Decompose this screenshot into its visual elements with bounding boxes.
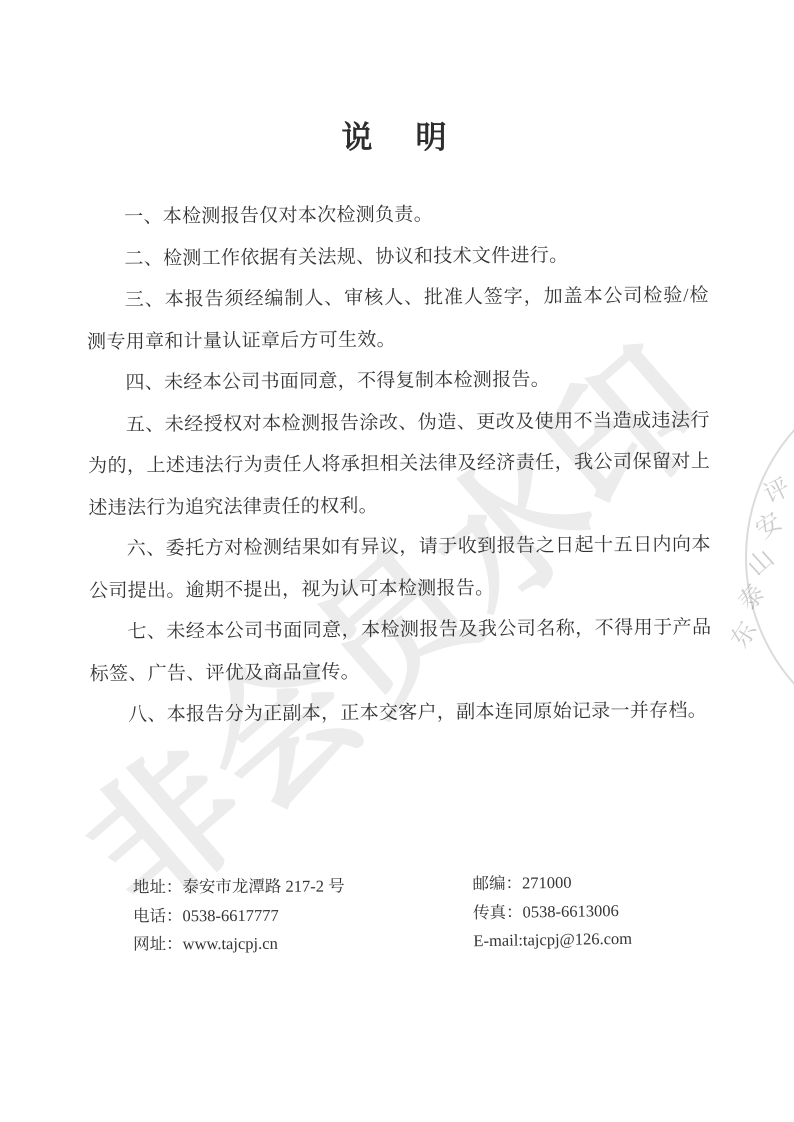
contact-info-left: 地址：泰安市龙潭路 217-2 号 电话：0538-6617777 网址：www… [133, 872, 345, 959]
note-item-8: 八、本报告分为正副本，正本交客户，副本连同原始记录一并存档。 [90, 690, 712, 736]
notes-list: 一、本检测报告仅对本次检测负责。 二、检测工作依据有关法规、协议和技术文件进行。… [86, 192, 712, 736]
page-title: 说 明 [0, 112, 794, 157]
postcode-line: 邮编：271000 [472, 868, 631, 899]
scanned-report-page: 非会员水印 东 泰 山 安 评 说 明 一、本检测报告仅对本次检测负责。 二、检… [0, 0, 794, 1122]
note-item-2: 二、检测工作依据有关法规、协议和技术文件进行。 [86, 234, 708, 280]
note-item-4: 四、未经本公司书面同意，不得复制本检测报告。 [87, 358, 709, 404]
note-item-5: 五、未经授权对本检测报告涂改、伪造、更改及使用不当造成违法行为的，上述违法行为责… [88, 400, 711, 529]
fax-line: 传真：0538-6613006 [473, 896, 632, 927]
note-item-1: 一、本检测报告仅对本次检测负责。 [86, 192, 708, 238]
website-line: 网址：www.tajcpj.cn [133, 929, 345, 959]
phone-line: 电话：0538-6617777 [133, 901, 345, 931]
contact-info-right: 邮编：271000 传真：0538-6613006 E-mail:tajcpj@… [472, 868, 632, 956]
email-line: E-mail:tajcpj@126.com [473, 925, 632, 956]
note-item-3: 三、本报告须经编制人、审核人、批准人签字，加盖本公司检验/检测专用章和计量认证章… [87, 275, 710, 363]
note-item-7: 七、未经本公司书面同意，本检测报告及我公司名称，不得用于产品标签、广告、评优及商… [89, 607, 712, 695]
note-item-6: 六、委托方对检测结果如有异议，请于收到报告之日起十五日内向本公司提出。逾期不提出… [89, 524, 712, 612]
address-line: 地址：泰安市龙潭路 217-2 号 [133, 872, 345, 902]
